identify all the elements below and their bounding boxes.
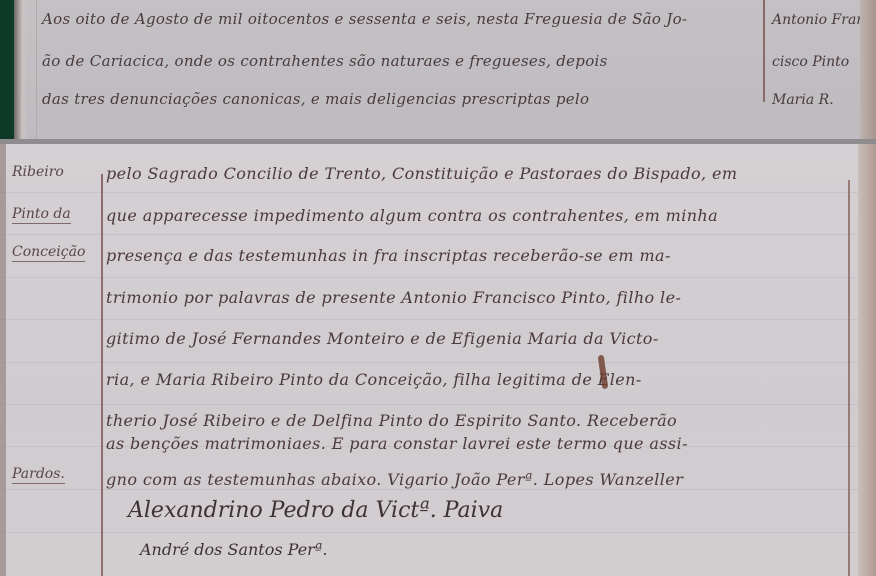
margin-note: Pardos. [12, 466, 65, 484]
text-line: que apparecesse impedimento algum contra… [106, 206, 718, 225]
text-line: gno com as testemunhas abaixo. Vigario J… [106, 470, 683, 489]
ruled-line [0, 277, 876, 278]
text-line: ão de Cariacica, onde os contrahentes sã… [42, 52, 608, 70]
torn-paper-edge [14, 0, 28, 142]
margin-note: Conceição [12, 244, 85, 262]
ruled-line [0, 192, 876, 193]
margin-rule [101, 174, 103, 576]
page-right-edge [860, 0, 876, 142]
ruled-line [0, 362, 876, 363]
text-line: Aos oito de Agosto de mil oitocentos e s… [42, 10, 687, 28]
text-line: trimonio por palavras de presente Antoni… [106, 288, 681, 307]
margin-rule [36, 0, 37, 142]
right-margin-rule [848, 180, 850, 576]
side-column-text: cisco Pinto [772, 54, 849, 70]
top-page-fragment: Aos oito de Agosto de mil oitocentos e s… [0, 0, 876, 142]
ruled-line [0, 532, 876, 533]
side-column-text: Maria R. [772, 92, 834, 108]
side-column-text: Antonio Fran- [772, 12, 870, 28]
signature: André dos Santos Perª. [140, 540, 328, 559]
ruled-line [0, 489, 876, 490]
page-right-edge [858, 144, 876, 576]
text-line: pelo Sagrado Concilio de Trento, Constit… [106, 164, 737, 183]
text-line: presença e das testemunhas in fra inscri… [106, 246, 671, 265]
page-left-edge [0, 144, 6, 576]
ruled-line [0, 319, 876, 320]
text-line: as benções matrimoniaes. E para constar … [106, 434, 688, 453]
column-rule [763, 0, 765, 102]
margin-note: Ribeiro [12, 164, 64, 181]
margin-note: Pinto da [12, 206, 71, 224]
ruled-line [0, 404, 876, 405]
text-line: ria, e Maria Ribeiro Pinto da Conceição,… [106, 370, 642, 389]
text-line: das tres denunciações canonicas, e mais … [42, 90, 589, 108]
signature: Alexandrino Pedro da Victª. Paiva [128, 498, 503, 523]
text-line: gitimo de José Fernandes Monteiro e de E… [106, 329, 659, 348]
main-page: Ribeiro Pinto da Conceição Pardos. pelo … [0, 144, 876, 576]
text-line: therio José Ribeiro e de Delfina Pinto d… [106, 411, 677, 430]
ruled-line [0, 234, 876, 235]
